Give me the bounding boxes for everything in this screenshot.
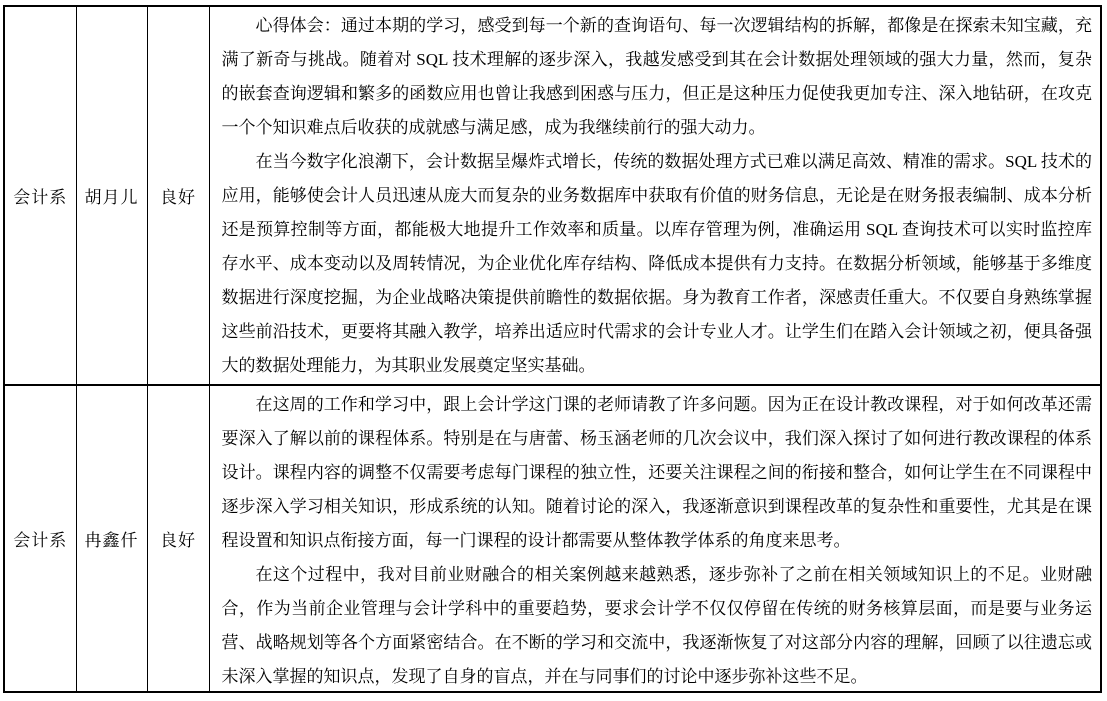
reflection-cell: 心得体会：通过本期的学习，感受到每一个新的查询语句、每一次逻辑结构的拆解，都像是… — [209, 6, 1101, 385]
rating-cell: 良好 — [147, 6, 209, 385]
reflection-paragraph: 心得体会：通过本期的学习，感受到每一个新的查询语句、每一次逻辑结构的拆解，都像是… — [222, 9, 1093, 145]
reflection-paragraph: 在当今数字化浪潮下，会计数据呈爆炸式增长，传统的数据处理方式已难以满足高效、精准… — [222, 145, 1093, 382]
department-cell: 会计系 — [4, 6, 76, 385]
rating-cell: 良好 — [147, 385, 209, 692]
reflection-cell: 在这周的工作和学习中，跟上会计学这门课的老师请教了许多问题。因为正在设计教改课程… — [209, 385, 1101, 692]
reflection-text: 心得体会：通过本期的学习，感受到每一个新的查询语句、每一次逻辑结构的拆解，都像是… — [222, 7, 1093, 382]
name-cell: 胡月儿 — [76, 6, 147, 385]
reflection-paragraph: 在这周的工作和学习中，跟上会计学这门课的老师请教了许多问题。因为正在设计教改课程… — [222, 388, 1093, 558]
department-cell: 会计系 — [4, 385, 76, 692]
name-cell: 冉鑫仟 — [76, 385, 147, 692]
reflection-paragraph: 在这个过程中，我对目前业财融合的相关案例越来越熟悉，逐步弥补了之前在相关领域知识… — [222, 558, 1093, 689]
table-row: 会计系 冉鑫仟 良好 在这周的工作和学习中，跟上会计学这门课的老师请教了许多问题… — [4, 385, 1101, 692]
evaluation-table: 会计系 胡月儿 良好 心得体会：通过本期的学习，感受到每一个新的查询语句、每一次… — [3, 5, 1102, 693]
table-row: 会计系 胡月儿 良好 心得体会：通过本期的学习，感受到每一个新的查询语句、每一次… — [4, 6, 1101, 385]
reflection-text: 在这周的工作和学习中，跟上会计学这门课的老师请教了许多问题。因为正在设计教改课程… — [222, 386, 1093, 689]
